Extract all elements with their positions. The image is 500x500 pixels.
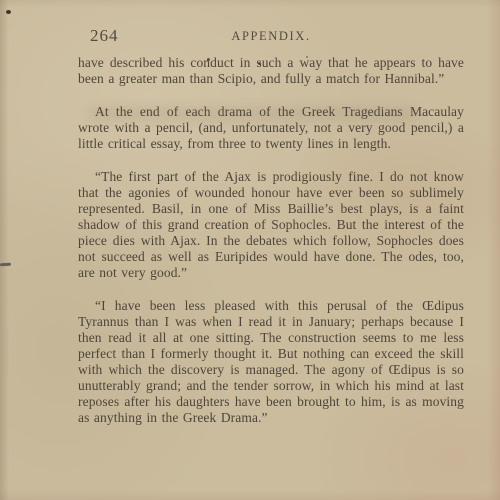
pencil-mark — [0, 263, 11, 267]
running-head: 264 APPENDIX. — [78, 26, 464, 48]
paragraph-continuation: have described his conduct in such a way… — [78, 55, 464, 87]
running-header-title: APPENDIX. — [78, 29, 464, 44]
ink-speck — [207, 58, 210, 61]
paragraph-quote-ajax: “The first part of the Ajax is prodigiou… — [78, 169, 464, 281]
paragraph-quote-oedipus: “I have been less pleased with this peru… — [78, 298, 464, 426]
show-through-smudge — [88, 106, 418, 122]
ink-speck — [6, 10, 11, 14]
book-page: 264 APPENDIX. have described his conduct… — [0, 0, 500, 500]
ink-speck — [258, 62, 261, 65]
ink-speck — [306, 56, 308, 58]
